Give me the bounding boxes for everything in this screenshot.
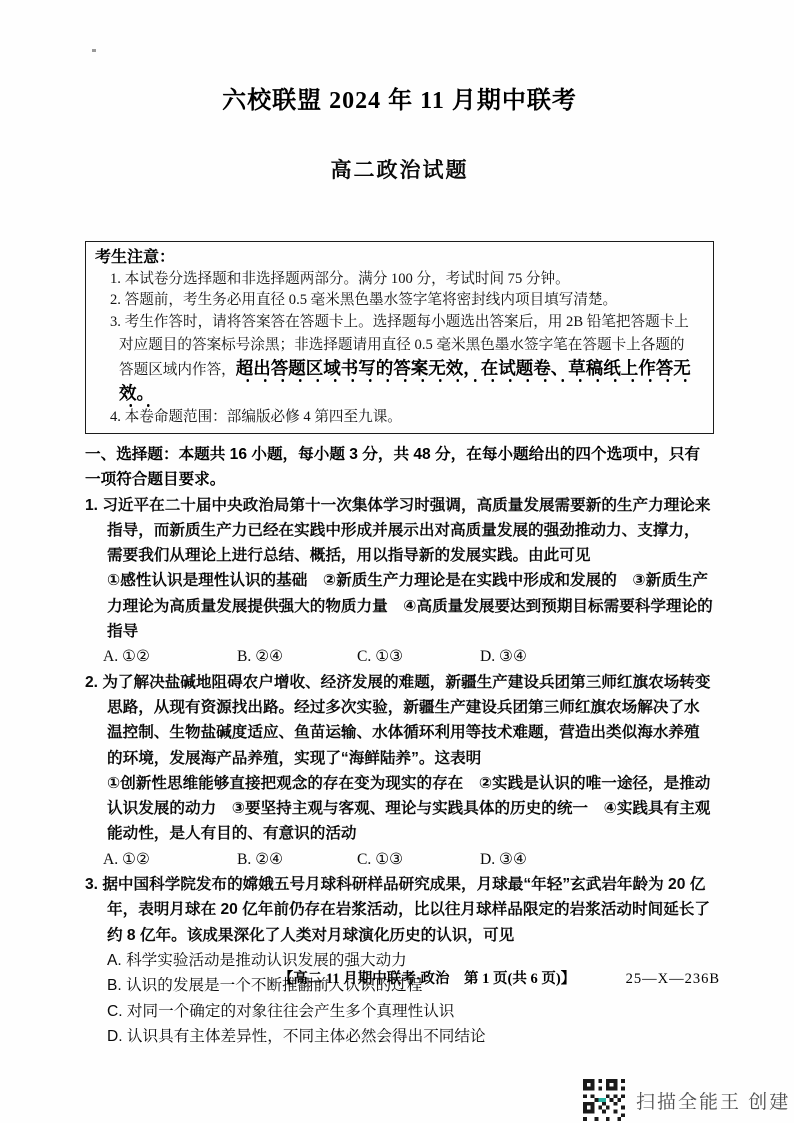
exam-title: 六校联盟 2024 年 11 月期中联考 bbox=[85, 86, 714, 116]
page-footer: 【高二 11 月期中联考·政治 第 1 页(共 6 页)】 25—X—236B bbox=[0, 968, 794, 990]
notice-item-3: 3. 考生作答时，请将答案答在答题卡上。选择题每小题选出答案后，用 2B 铅笔把… bbox=[119, 311, 699, 407]
question-2-option-a: A. ①② bbox=[103, 847, 237, 872]
exam-subtitle: 高二政治试题 bbox=[85, 158, 714, 184]
page-content: 六校联盟 2024 年 11 月期中联考 高二政治试题 考生注意： 1. 本试卷… bbox=[85, 0, 714, 1049]
question-3-option-c: C. 对同一个确定的对象往往会产生多个真理性认识 bbox=[107, 999, 714, 1024]
question-1-option-d: D. ③④ bbox=[480, 644, 714, 669]
notice-heading: 考生注意： bbox=[95, 247, 699, 269]
qr-code-icon bbox=[583, 1079, 625, 1121]
question-2: 2. 为了解决盐碱地阻碍农户增收、经济发展的难题，新疆生产建设兵团第三师红旗农场… bbox=[85, 670, 714, 872]
question-2-option-d: D. ③④ bbox=[480, 847, 714, 872]
question-1-numbered-choices: ①感性认识是理性认识的基础 ②新质生产力理论是在实践中形成和发展的 ③新质生产力… bbox=[107, 568, 714, 644]
question-2-option-c: C. ①③ bbox=[357, 847, 480, 872]
notice-item-1: 1. 本试卷分选择题和非选择题两部分。满分 100 分，考试时间 75 分钟。 bbox=[119, 269, 699, 290]
notice-item-4: 4. 本卷命题范围：部编版必修 4 第四至九课。 bbox=[119, 407, 699, 428]
question-1-option-c: C. ①③ bbox=[357, 644, 480, 669]
notice-items: 1. 本试卷分选择题和非选择题两部分。满分 100 分，考试时间 75 分钟。 … bbox=[95, 269, 699, 428]
question-2-stem: 2. 为了解决盐碱地阻碍农户增收、经济发展的难题，新疆生产建设兵团第三师红旗农场… bbox=[107, 670, 714, 771]
question-1-stem: 1. 习近平在二十届中央政治局第十一次集体学习时强调，高质量发展需要新的生产力理… bbox=[107, 493, 714, 569]
question-1-option-a: A. ①② bbox=[103, 644, 237, 669]
question-3-stem: 3. 据中国科学院发布的嫦娥五号月球科研样品研究成果，月球最“年轻”玄武岩年龄为… bbox=[107, 872, 714, 948]
question-1-option-b: B. ②④ bbox=[237, 644, 357, 669]
question-3-options: A. 科学实验活动是推动认识发展的强大动力 B. 认识的发展是一个不断推翻前人认… bbox=[107, 948, 714, 1049]
question-2-options: A. ①② B. ②④ C. ①③ D. ③④ bbox=[103, 847, 714, 872]
question-1: 1. 习近平在二十届中央政治局第十一次集体学习时强调，高质量发展需要新的生产力理… bbox=[85, 493, 714, 670]
question-2-numbered-choices: ①创新性思维能够直接把观念的存在变为现实的存在 ②实践是认识的唯一途径，是推动认… bbox=[107, 771, 714, 847]
question-3-option-d: D. 认识具有主体差异性，不同主体必然会得出不同结论 bbox=[107, 1024, 714, 1049]
watermark-label: 扫描全能王 创建 bbox=[636, 1087, 790, 1114]
question-1-options: A. ①② B. ②④ C. ①③ D. ③④ bbox=[103, 644, 714, 669]
examinee-notice-box: 考生注意： 1. 本试卷分选择题和非选择题两部分。满分 100 分，考试时间 7… bbox=[85, 241, 714, 434]
section-heading-multiple-choice: 一、选择题：本题共 16 小题，每小题 3 分，共 48 分，在每小题给出的四个… bbox=[85, 442, 714, 493]
footer-paper-code: 25—X—236B bbox=[626, 968, 720, 990]
camscanner-watermark: 扫描全能王 创建 bbox=[583, 1079, 790, 1121]
scanned-exam-page: 六校联盟 2024 年 11 月期中联考 高二政治试题 考生注意： 1. 本试卷… bbox=[0, 0, 794, 1123]
question-2-option-b: B. ②④ bbox=[237, 847, 357, 872]
notice-item-2: 2. 答题前，考生务必用直径 0.5 毫米黑色墨水签字笔将密封线内项目填写清楚。 bbox=[119, 290, 699, 311]
question-3: 3. 据中国科学院发布的嫦娥五号月球科研样品研究成果，月球最“年轻”玄武岩年龄为… bbox=[85, 872, 714, 1049]
